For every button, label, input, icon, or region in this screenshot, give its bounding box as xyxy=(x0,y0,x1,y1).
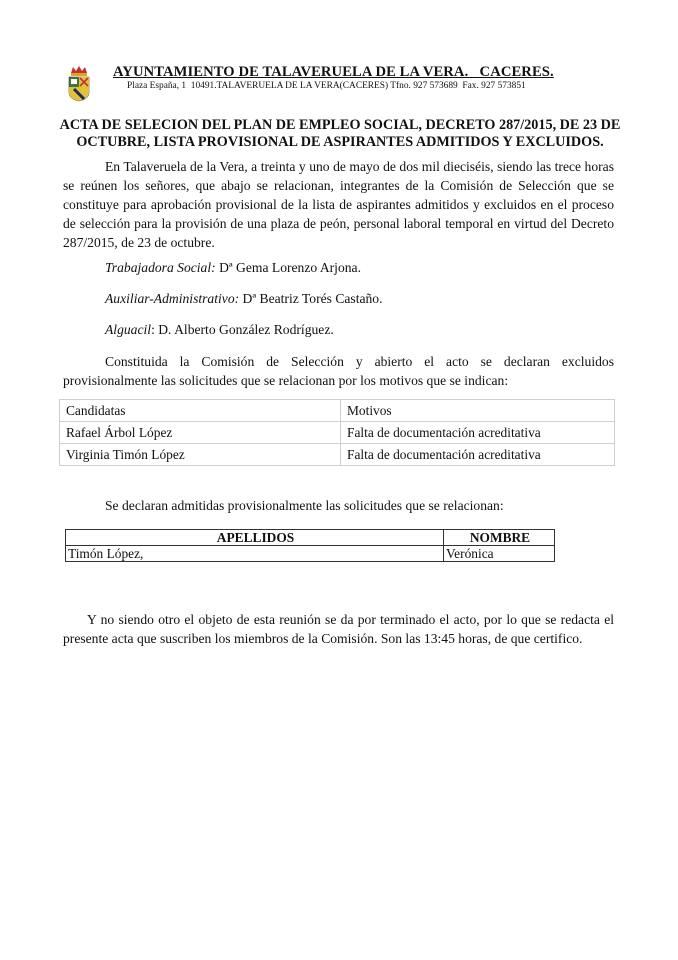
candidate-name: Virginia Timón López xyxy=(60,444,341,466)
member-name: Dª Beatriz Torés Castaño. xyxy=(243,291,383,306)
candidate-name: Rafael Árbol López xyxy=(60,422,341,444)
table-row: Virginia Timón López Falta de documentac… xyxy=(60,444,615,466)
excluded-candidates-table: Candidatas Motivos Rafael Árbol López Fa… xyxy=(59,399,615,466)
member-name: : D. Alberto González Rodríguez. xyxy=(151,322,334,337)
member-name: Dª Gema Lorenzo Arjona. xyxy=(219,260,361,275)
closing-paragraph: Y no siendo otro el objeto de esta reuni… xyxy=(63,610,614,648)
intro-paragraph-text: En Talaveruela de la Vera, a treinta y u… xyxy=(63,159,614,250)
column-header-surnames: APELLIDOS xyxy=(66,530,444,546)
member-role: Alguacil xyxy=(105,322,151,337)
closing-paragraph-text: Y no siendo otro el objeto de esta reuni… xyxy=(63,612,614,646)
member-social-worker: Trabajadora Social: Dª Gema Lorenzo Arjo… xyxy=(105,259,361,276)
table-row: Rafael Árbol López Falta de documentació… xyxy=(60,422,615,444)
document-title: ACTA DE SELECION DEL PLAN DE EMPLEO SOCI… xyxy=(40,117,640,151)
organization-address: Plaza España, 1 10491.TALAVERUELA DE LA … xyxy=(127,81,526,92)
member-bailiff: Alguacil: D. Alberto González Rodríguez. xyxy=(105,321,334,338)
admitted-candidates-table: APELLIDOS NOMBRE Timón López, Verónica xyxy=(65,529,555,562)
table-header-row: Candidatas Motivos xyxy=(60,400,615,422)
candidate-first-name: Verónica xyxy=(444,546,555,562)
document-title-line-2: OCTUBRE, LISTA PROVISIONAL DE ASPIRANTES… xyxy=(40,134,640,151)
member-admin-assistant: Auxiliar-Administrativo: Dª Beatriz Toré… xyxy=(105,290,383,307)
document-title-line-1: ACTA DE SELECION DEL PLAN DE EMPLEO SOCI… xyxy=(40,117,640,134)
admitted-intro: Se declaran admitidas provisionalmente l… xyxy=(105,497,504,514)
column-header-candidates: Candidatas xyxy=(60,400,341,422)
exclusion-reason: Falta de documentación acreditativa xyxy=(341,422,615,444)
exclusion-reason: Falta de documentación acreditativa xyxy=(341,444,615,466)
column-header-reasons: Motivos xyxy=(341,400,615,422)
coat-of-arms-icon: . xyxy=(66,64,92,102)
member-role: Auxiliar-Administrativo: xyxy=(105,291,239,306)
excluded-paragraph-line-1: Constituida la Comisión de Selección y a… xyxy=(63,352,614,371)
table-row: Timón López, Verónica xyxy=(66,546,555,562)
organization-name: AYUNTAMIENTO DE TALAVERUELA DE LA VERA. … xyxy=(113,64,554,80)
candidate-surnames: Timón López, xyxy=(66,546,444,562)
excluded-paragraph-line-2: provisionalmente las solicitudes que se … xyxy=(63,373,508,388)
column-header-name: NOMBRE xyxy=(444,530,555,546)
excluded-paragraph: Constituida la Comisión de Selección y a… xyxy=(63,352,614,390)
intro-paragraph: En Talaveruela de la Vera, a treinta y u… xyxy=(63,157,614,252)
table-header-row: APELLIDOS NOMBRE xyxy=(66,530,555,546)
member-role: Trabajadora Social: xyxy=(105,260,216,275)
